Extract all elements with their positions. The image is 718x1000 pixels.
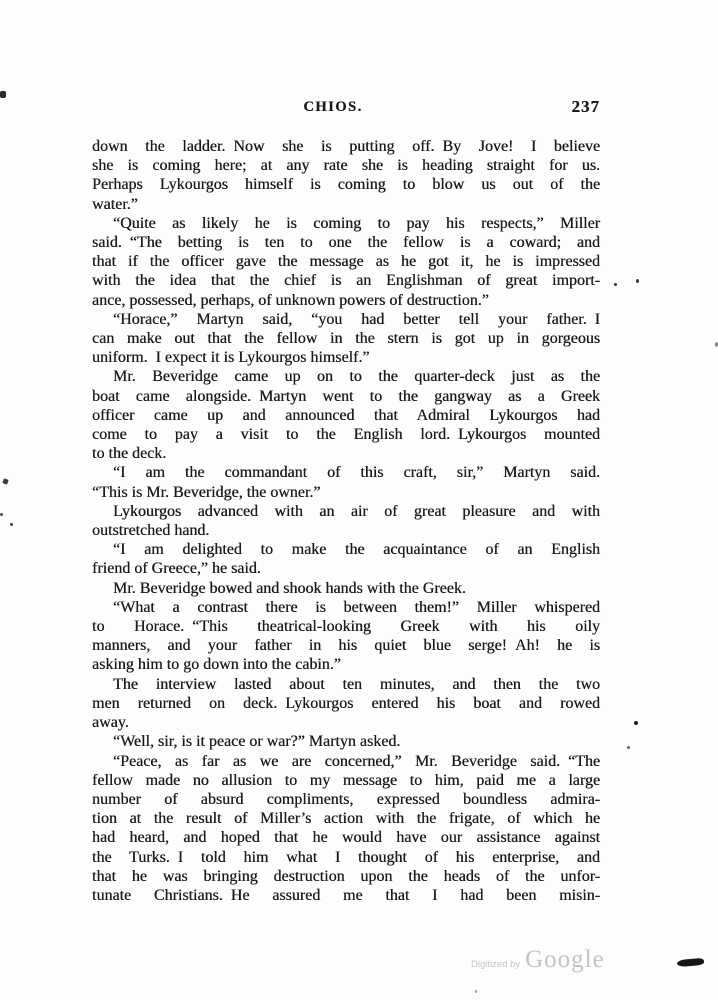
scan-speck [2, 478, 8, 484]
text-line: that if the officer gave the message as … [92, 252, 600, 271]
ink-smudge [677, 958, 705, 967]
text-line: the Turks. I told him what I thought of … [92, 848, 600, 867]
text-line: officer came up and announced that Admir… [92, 406, 600, 425]
text-line: outstretched hand. [92, 521, 600, 540]
paragraph: Lykourgos advanced with an air of great … [92, 502, 600, 540]
text-line: she is coming here; at any rate she is h… [92, 156, 600, 175]
text-line: fellow made no allusion to my message to… [92, 771, 600, 790]
text-line: “Quite as likely he is coming to pay his… [92, 214, 600, 233]
text-line: uniform. I expect it is Lykourgos himsel… [92, 348, 600, 367]
text-line: down the ladder. Now she is putting off.… [92, 137, 600, 156]
digitized-watermark: Digitized by Google [471, 947, 605, 973]
paragraph: down the ladder. Now she is putting off.… [92, 137, 600, 214]
paragraph: The interview lasted about ten minutes, … [92, 675, 600, 733]
text-line: “Well, sir, is it peace or war?” Martyn … [92, 732, 600, 751]
text-line: “Horace,” Martyn said, “you had better t… [92, 310, 600, 329]
text-line: to Horace. “This theatrical-looking Gree… [92, 617, 600, 636]
text-line: Mr. Beveridge came up on to the quarter-… [92, 367, 600, 386]
paragraph: “What a contrast there is between them!”… [92, 598, 600, 675]
paragraph: Mr. Beveridge bowed and shook hands with… [92, 579, 600, 598]
scan-speck [627, 746, 630, 749]
google-logo: Google [525, 947, 605, 973]
paragraph: Mr. Beveridge came up on to the quarter-… [92, 367, 600, 463]
text-line: had heard, and hoped that he would have … [92, 828, 600, 847]
text-line: Lykourgos advanced with an air of great … [92, 502, 600, 521]
text-line: “What a contrast there is between them!”… [92, 598, 600, 617]
text-line: can make out that the fellow in the ster… [92, 329, 600, 348]
text-line: with the idea that the chief is an Engli… [92, 271, 600, 290]
text-line: The interview lasted about ten minutes, … [92, 675, 600, 694]
text-line: asking him to go down into the cabin.” [92, 655, 600, 674]
text-line: “I am delighted to make the acquaintance… [92, 540, 600, 559]
scan-speck [636, 279, 639, 283]
text-line: ance, possessed, perhaps, of unknown pow… [92, 291, 600, 310]
paragraph: “Well, sir, is it peace or war?” Martyn … [92, 732, 600, 751]
text-line: water.” [92, 195, 600, 214]
scan-speck [10, 523, 13, 526]
paragraph: “Horace,” Martyn said, “you had better t… [92, 310, 600, 368]
paragraph: “Quite as likely he is coming to pay his… [92, 214, 600, 310]
scan-speck [0, 91, 6, 98]
text-line: “This is Mr. Beveridge, the owner.” [92, 483, 600, 502]
text-line: Perhaps Lykourgos himself is coming to b… [92, 175, 600, 194]
text-line: to the deck. [92, 444, 600, 463]
scan-speck [634, 721, 638, 725]
text-line: said. “The betting is ten to one the fel… [92, 233, 600, 252]
watermark-prefix: Digitized by [471, 959, 520, 970]
book-page: CHIOS. 237 down the ladder. Now she is p… [0, 0, 718, 1000]
scan-speck [614, 283, 617, 286]
paragraph: “Peace, as far as we are concerned,” Mr.… [92, 752, 600, 906]
page-number: 237 [572, 97, 601, 117]
text-line: “I am the commandant of this craft, sir,… [92, 463, 600, 482]
page-title: CHIOS. [92, 99, 574, 116]
text-line: Mr. Beveridge bowed and shook hands with… [92, 579, 600, 598]
scan-speck [475, 990, 477, 993]
text-line: away. [92, 713, 600, 732]
text-line: number of absurd compliments, expressed … [92, 790, 600, 809]
text-line: that he was bringing destruction upon th… [92, 867, 600, 886]
text-line: tunate Christians. He assured me that I … [92, 886, 600, 905]
text-line: manners, and your father in his quiet bl… [92, 636, 600, 655]
text-line: boat came alongside. Martyn went to the … [92, 387, 600, 406]
text-line: friend of Greece,” he said. [92, 559, 600, 578]
paragraph: “I am the commandant of this craft, sir,… [92, 463, 600, 501]
text-line: men returned on deck. Lykourgos entered … [92, 694, 600, 713]
text-line: “Peace, as far as we are concerned,” Mr.… [92, 752, 600, 771]
text-line: come to pay a visit to the English lord.… [92, 425, 600, 444]
running-header: CHIOS. 237 [92, 99, 600, 117]
paragraph: “I am delighted to make the acquaintance… [92, 540, 600, 578]
text-block: down the ladder. Now she is putting off.… [92, 137, 600, 905]
scan-speck [0, 513, 3, 516]
text-line: tion at the result of Miller’s action wi… [92, 809, 600, 828]
